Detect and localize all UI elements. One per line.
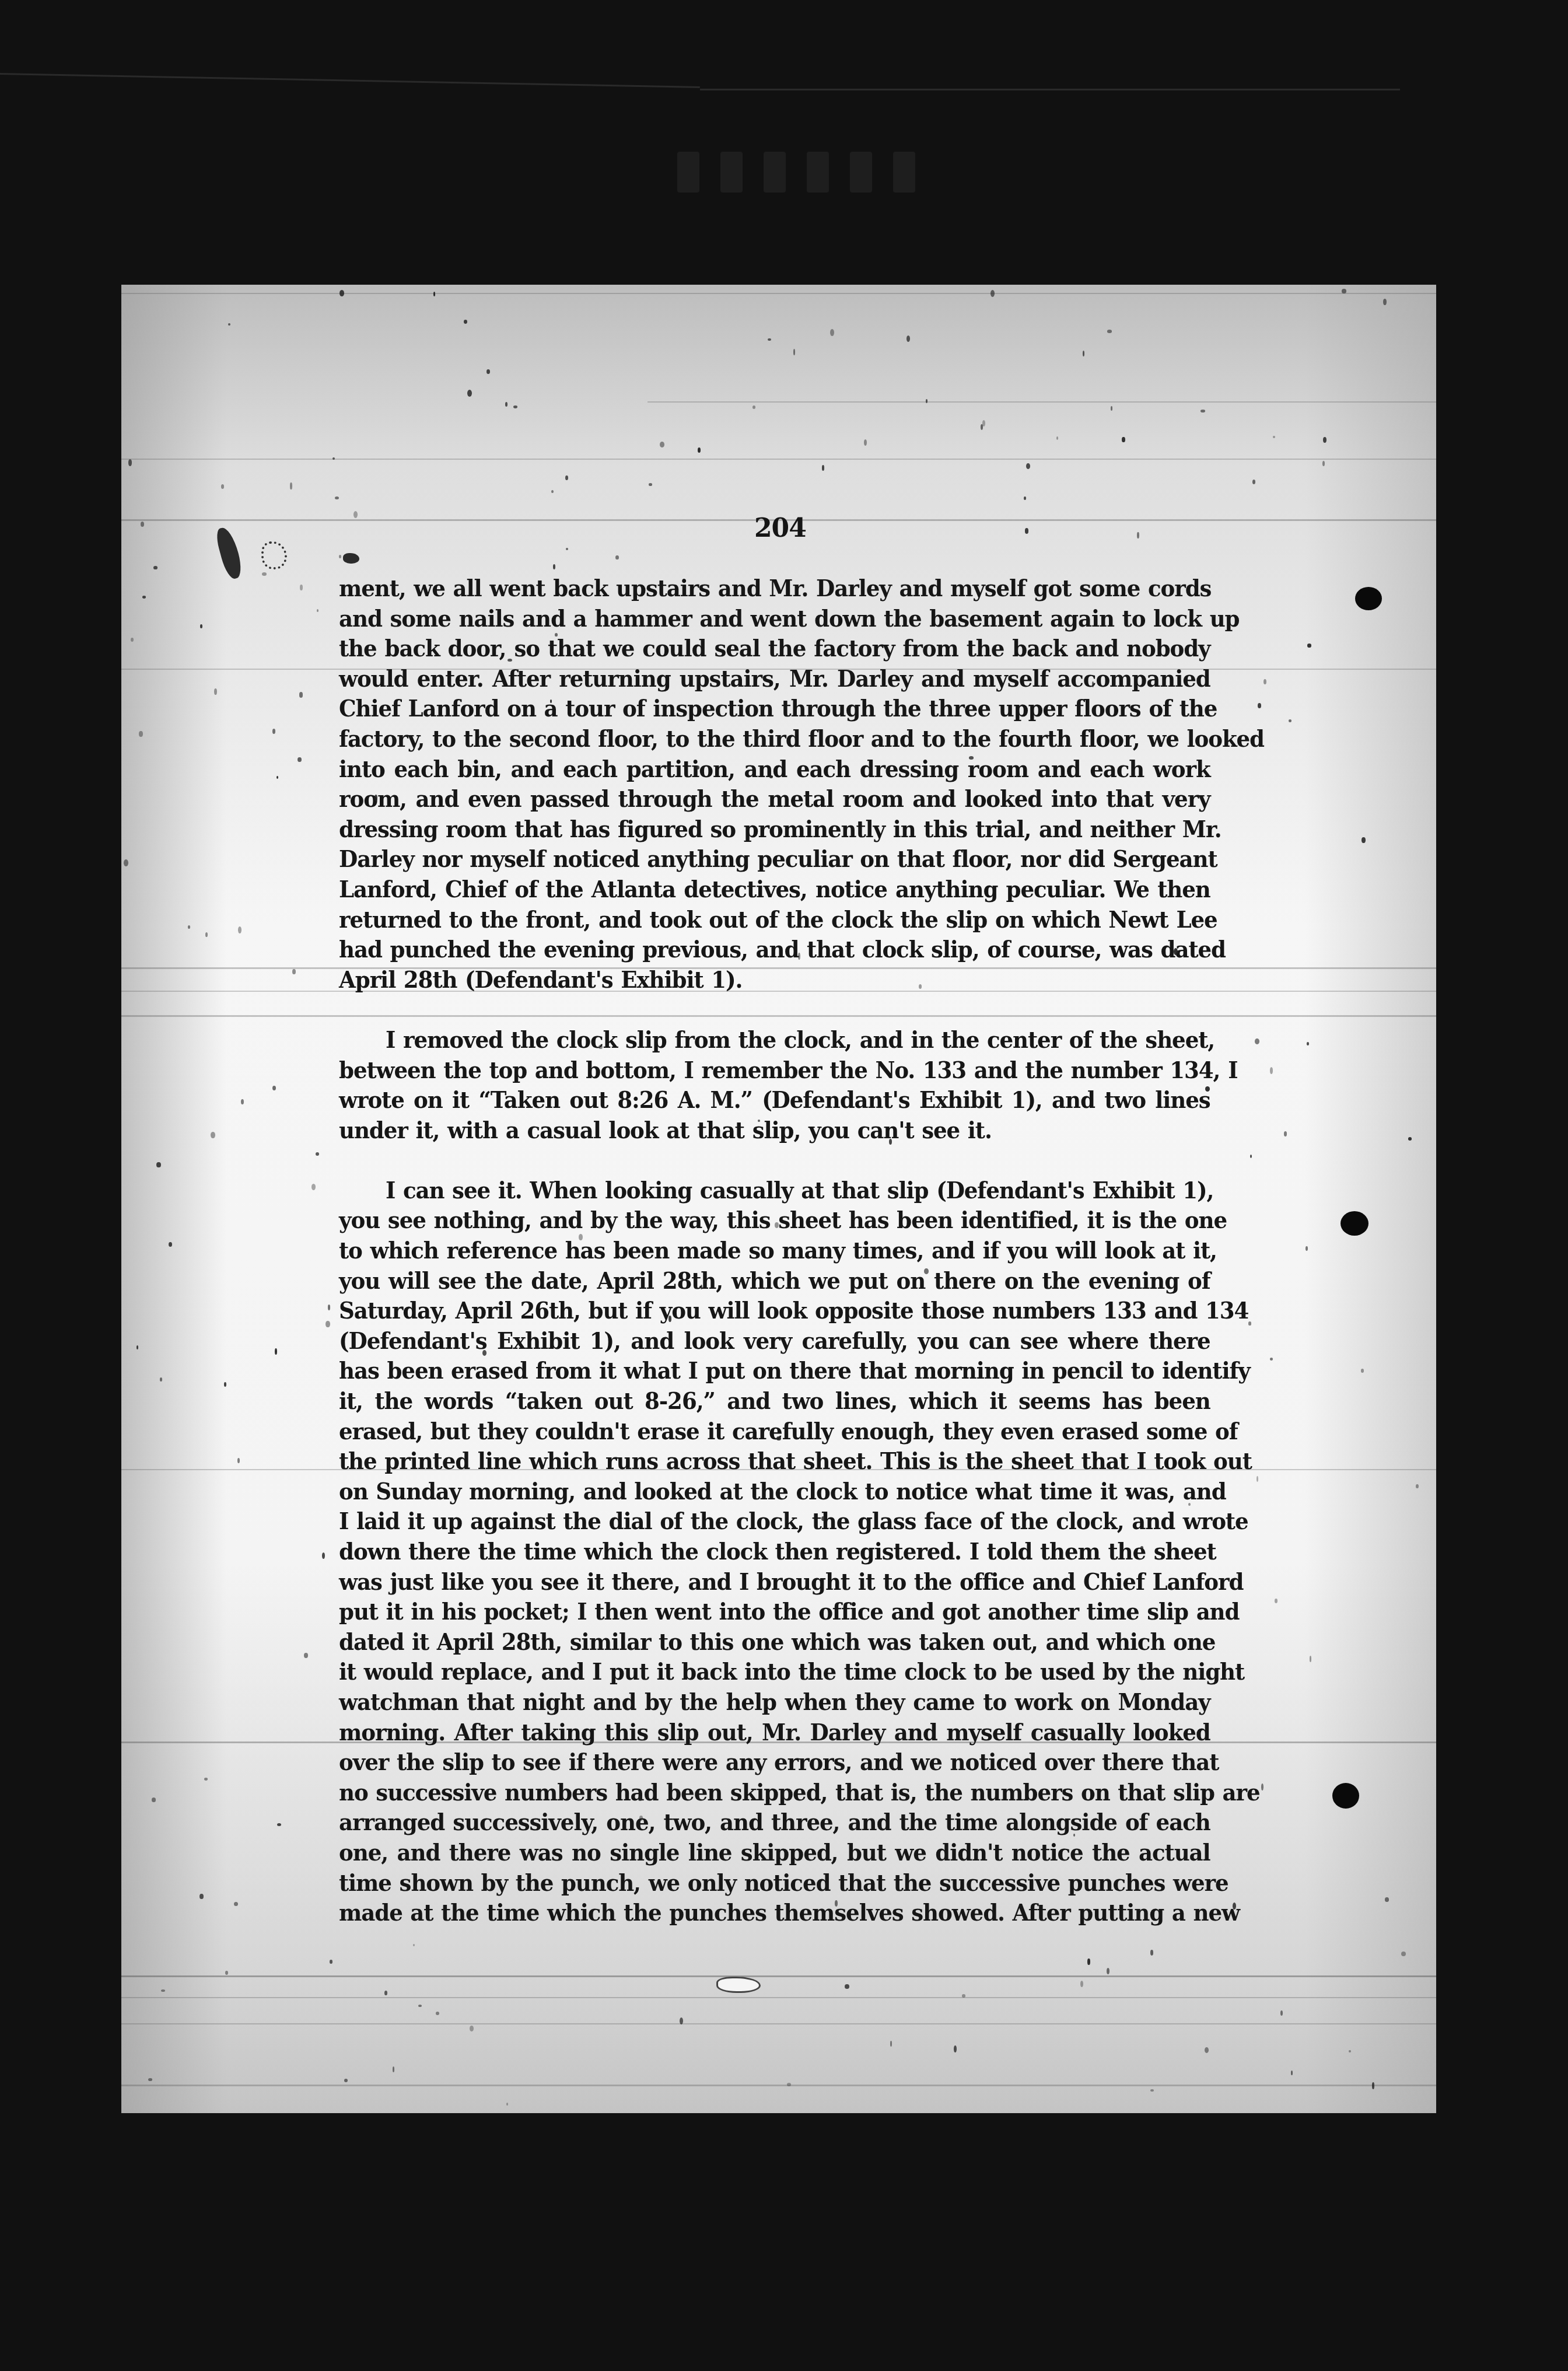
film-speck [1270, 1067, 1273, 1074]
film-speck [237, 1458, 240, 1463]
text-line: I can see it. When looking casually at t… [339, 1176, 1210, 1206]
film-speck [228, 323, 230, 326]
film-speck [224, 1382, 227, 1387]
film-speck [464, 320, 468, 324]
film-speck [169, 1242, 172, 1247]
film-speck [553, 564, 555, 569]
film-speck [204, 1778, 208, 1781]
film-speck [1255, 1038, 1259, 1044]
film-speck [860, 1397, 862, 1400]
film-speck [374, 795, 377, 801]
text-line: erased, but they couldn't erase it caref… [339, 1417, 1210, 1447]
body-text: ment, we all went back upstairs and Mr. … [339, 573, 1210, 1928]
paragraph-gap [339, 995, 1210, 1025]
text-line: room, and even passed through the metal … [339, 784, 1210, 814]
film-speck [272, 729, 275, 733]
film-speck [142, 596, 146, 599]
film-speck [1150, 1950, 1153, 1956]
film-speck [649, 483, 652, 486]
film-speck [1205, 1086, 1210, 1092]
film-speck [1408, 1137, 1412, 1141]
film-speck [275, 1348, 277, 1355]
film-speck [124, 859, 128, 866]
film-speck [1024, 496, 1026, 500]
film-speck [152, 1798, 156, 1802]
film-speck [1401, 1952, 1406, 1956]
text-line: I removed the clock slip from the clock,… [339, 1025, 1210, 1055]
film-scratch [700, 89, 1400, 90]
film-speck [768, 338, 771, 341]
text-line: made at the time which the punches thems… [339, 1898, 1210, 1928]
film-speck [565, 475, 568, 480]
film-speck [325, 1321, 330, 1328]
text-line: you see nothing, and by the way, this sh… [339, 1205, 1210, 1236]
film-speck [299, 692, 303, 697]
film-streak [647, 401, 1436, 403]
text-line: April 28th (Defendant's Exhibit 1). [339, 965, 1210, 995]
film-speck [148, 2078, 152, 2081]
film-streak [121, 2085, 1436, 2086]
film-speck [1275, 1599, 1278, 1603]
text-line: into each bin, and each partition, and e… [339, 754, 1210, 785]
film-speck [1250, 1155, 1252, 1158]
film-speck [1025, 528, 1029, 534]
film-speck [1280, 2010, 1283, 2016]
film-speck [1205, 2047, 1209, 2053]
film-speck [272, 1086, 276, 1090]
film-speck [776, 1436, 781, 1440]
film-speck [317, 609, 318, 613]
film-speck [506, 2103, 508, 2106]
text-line: it would replace, and I put it back into… [339, 1657, 1210, 1687]
film-streak [121, 1997, 1436, 1998]
film-speck [234, 1902, 238, 1907]
text-line: arranged successively, one, two, and thr… [339, 1807, 1210, 1838]
film-speck [1310, 1656, 1311, 1662]
ink-blot [343, 553, 359, 564]
text-line: on Sunday morning, and looked at the clo… [339, 1477, 1210, 1507]
film-speck [335, 496, 339, 499]
film-streak [121, 2023, 1436, 2024]
text-line: put it in his pocket; I then went into t… [339, 1597, 1210, 1627]
text-line: Chief Lanford on a tour of inspection th… [339, 694, 1210, 724]
film-speck [153, 566, 157, 569]
film-speck [835, 1900, 838, 1906]
paragraph: I can see it. When looking casually at t… [339, 1176, 1210, 1928]
text-line: dated it April 28th, similar to this one… [339, 1627, 1210, 1657]
film-speck [292, 969, 296, 974]
film-scratch [0, 73, 700, 88]
film-speck [344, 2079, 348, 2082]
film-speck [328, 1305, 330, 1310]
film-speck [513, 405, 517, 408]
film-speck [1083, 351, 1084, 356]
film-speck [1126, 1494, 1129, 1497]
text-line: has been erased from it what I put on th… [339, 1356, 1210, 1386]
paragraph-gap [339, 1145, 1210, 1176]
text-line: you will see the date, April 28th, which… [339, 1266, 1210, 1296]
film-speck [845, 1984, 849, 1989]
film-speck [962, 1994, 965, 1997]
text-line: watchman that night and by the help when… [339, 1687, 1210, 1718]
film-speck [1258, 703, 1261, 708]
text-line: returned to the front, and took out of t… [339, 905, 1210, 935]
film-speck [566, 1552, 569, 1555]
film-speck [954, 2045, 956, 2052]
text-line: down there the time which the clock then… [339, 1537, 1210, 1567]
film-speck [418, 2005, 422, 2007]
text-line: it, the words “taken out 8-26,” and two … [339, 1386, 1210, 1417]
text-line: factory, to the second floor, to the thi… [339, 724, 1210, 754]
film-speck [353, 511, 358, 518]
film-speck [1122, 437, 1125, 443]
film-speck [1200, 410, 1205, 412]
film-speck [1248, 1321, 1252, 1326]
film-speck [276, 776, 279, 779]
film-speck [566, 548, 568, 550]
text-line: wrote on it “Taken out 8:26 A. M.” (Defe… [339, 1085, 1210, 1115]
film-speck [1361, 1369, 1364, 1372]
film-speck [926, 399, 928, 403]
film-speck [1284, 1131, 1287, 1136]
film-speck [277, 1823, 281, 1826]
text-line: over the slip to see if there were any e… [339, 1747, 1210, 1778]
film-speck [339, 555, 341, 558]
film-speck [821, 1516, 825, 1521]
text-line: morning. After taking this slip out, Mr.… [339, 1718, 1210, 1748]
film-speck [1233, 1903, 1236, 1909]
film-speck [156, 1162, 161, 1168]
film-speck [1256, 1476, 1258, 1482]
film-speck [487, 369, 490, 374]
film-speck [1111, 406, 1113, 411]
film-speck [322, 1552, 325, 1559]
film-speck [1307, 1042, 1309, 1045]
film-speck [1323, 437, 1326, 443]
film-speck [413, 1944, 415, 1946]
text-line: the printed line which runs across that … [339, 1446, 1210, 1477]
film-speck [1361, 837, 1366, 843]
film-speck [1137, 532, 1139, 538]
film-speck [1372, 2082, 1374, 2089]
film-speck [1383, 299, 1387, 305]
film-speck [141, 522, 144, 527]
film-speck [1252, 480, 1255, 484]
film-speck [551, 490, 554, 493]
text-line: dressing room that has figured so promin… [339, 814, 1210, 845]
film-speck [199, 1894, 204, 1899]
film-speck [1188, 1503, 1191, 1506]
film-speck [579, 1234, 583, 1240]
film-speck [701, 1285, 702, 1289]
film-speck [1026, 463, 1030, 469]
film-speck [1273, 436, 1276, 439]
film-speck [241, 1099, 244, 1104]
film-streak [121, 1975, 1436, 1977]
film-speck [1305, 1246, 1308, 1251]
ink-blot [261, 541, 287, 569]
film-speck [969, 756, 974, 760]
film-speck [188, 925, 190, 929]
film-speck [505, 402, 508, 407]
film-streak [121, 459, 1436, 460]
film-speck [221, 484, 224, 489]
film-speck [660, 442, 664, 447]
film-speck [290, 482, 292, 489]
film-speck [1291, 2071, 1293, 2075]
text-line: would enter. After returning upstairs, M… [339, 664, 1210, 694]
film-speck [1261, 1784, 1263, 1790]
film-speck [339, 290, 344, 296]
film-speck [508, 659, 512, 662]
film-streak [121, 293, 1436, 294]
film-speck [300, 585, 302, 590]
film-speck [890, 2041, 892, 2047]
text-line: the back door, so that we could seal the… [339, 634, 1210, 664]
film-speck [304, 1653, 308, 1658]
text-line: between the top and bottom, I remember t… [339, 1055, 1210, 1086]
film-speck [758, 1120, 759, 1122]
film-speck [907, 335, 910, 342]
film-speck [297, 757, 302, 763]
film-speck [615, 555, 618, 560]
film-speck [1270, 1358, 1273, 1361]
film-speck [1322, 461, 1325, 466]
film-speck [205, 932, 208, 937]
film-speck [822, 465, 824, 471]
text-line: I laid it up against the dial of the clo… [339, 1506, 1210, 1537]
film-speck [262, 572, 267, 576]
text-line: time shown by the punch, we only noticed… [339, 1868, 1210, 1898]
binder-hole [1355, 587, 1382, 610]
film-speck [393, 2066, 394, 2072]
film-speck [752, 405, 756, 409]
film-speck [131, 638, 134, 642]
film-speck [698, 447, 701, 453]
text-line: no successive numbers had been skipped, … [339, 1778, 1210, 1808]
text-line: under it, with a casual look at that sli… [339, 1115, 1210, 1146]
film-speck [470, 2026, 473, 2031]
film-speck [384, 1991, 388, 1995]
binder-hole [1332, 1783, 1359, 1809]
film-speck [1107, 1968, 1109, 1974]
text-line: and some nails and a hammer and went dow… [339, 604, 1210, 634]
film-speck [436, 2012, 439, 2015]
document-page: 204 ment, we all went back upstairs and … [121, 285, 1436, 2113]
film-speck [1080, 1981, 1083, 1988]
film-speck [330, 1960, 332, 1964]
film-speck [238, 926, 242, 933]
film-speck [160, 1377, 162, 1381]
film-header-marking [633, 149, 960, 195]
film-speck [991, 290, 995, 296]
film-speck [225, 1971, 228, 1975]
film-speck [1342, 289, 1346, 293]
film-speck [211, 1132, 215, 1138]
film-speck [139, 731, 142, 737]
film-speck [1056, 436, 1059, 440]
film-speck [1385, 1897, 1388, 1902]
film-speck [1087, 1959, 1090, 1964]
text-line: (Defendant's Exhibit 1), and look very c… [339, 1326, 1210, 1356]
text-line: was just like you see it there, and I br… [339, 1567, 1210, 1597]
film-speck [550, 700, 552, 702]
film-speck [200, 624, 202, 628]
film-speck [1289, 719, 1292, 722]
text-line: to which reference has been made so many… [339, 1236, 1210, 1266]
film-speck [1307, 644, 1311, 647]
film-speck [680, 2017, 683, 2024]
text-line: Lanford, Chief of the Atlanta detectives… [339, 875, 1210, 905]
film-speck [864, 439, 867, 446]
film-speck [830, 329, 834, 336]
film-speck [798, 953, 800, 960]
film-speck [316, 1152, 319, 1156]
page-number: 204 [754, 513, 801, 543]
film-speck [775, 1222, 779, 1228]
ink-blot [716, 1977, 761, 1993]
film-speck [332, 457, 335, 460]
film-speck [214, 688, 216, 695]
paragraph: ment, we all went back upstairs and Mr. … [339, 573, 1210, 995]
ink-blot [214, 526, 244, 581]
film-speck [1150, 2089, 1154, 2092]
film-speck [1107, 330, 1112, 333]
film-speck [433, 292, 435, 296]
film-speck [793, 349, 795, 356]
paragraph: I removed the clock slip from the clock,… [339, 1025, 1210, 1145]
film-speck [161, 1989, 165, 1992]
film-speck [982, 420, 985, 426]
binder-hole [1340, 1211, 1368, 1236]
text-line: Saturday, April 26th, but if you will lo… [339, 1296, 1210, 1326]
text-line: one, and there was no single line skippe… [339, 1838, 1210, 1868]
film-speck [128, 459, 132, 466]
film-speck [1349, 2050, 1351, 2052]
film-speck [598, 1045, 602, 1050]
film-speck [467, 390, 472, 397]
film-speck [311, 1184, 316, 1190]
text-line: Darley nor myself noticed anything pecul… [339, 844, 1210, 875]
film-speck [1263, 679, 1266, 684]
film-speck [555, 633, 558, 637]
film-speck [1416, 1484, 1419, 1489]
film-speck [136, 1345, 138, 1349]
text-line: had punched the evening previous, and th… [339, 935, 1210, 965]
film-speck [924, 1268, 929, 1275]
text-line: ment, we all went back upstairs and Mr. … [339, 573, 1210, 604]
